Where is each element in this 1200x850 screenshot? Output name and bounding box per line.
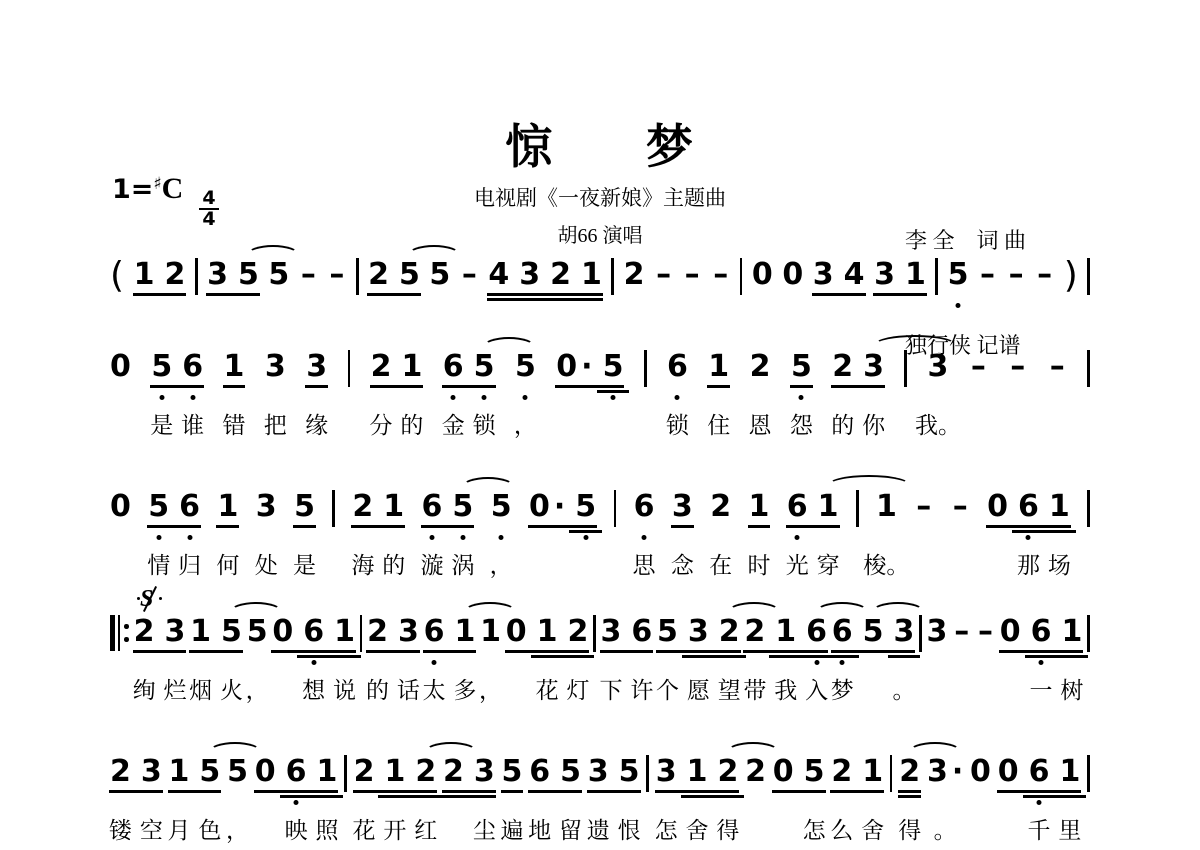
- note: 5，: [491, 492, 512, 524]
- note: 1何: [217, 492, 238, 524]
- lyric: 月: [167, 812, 190, 845]
- note: 6锁: [667, 352, 688, 384]
- barline: [644, 350, 647, 387]
- note-number: 1: [708, 349, 729, 384]
- note: 3怎: [656, 757, 677, 789]
- lyric: 锁: [473, 407, 496, 440]
- note: 3念: [672, 492, 693, 524]
- lyric: 处: [255, 547, 278, 580]
- lyric: 空: [140, 812, 163, 845]
- note-number: 2: [352, 489, 373, 524]
- note: 5，: [227, 757, 248, 789]
- duration-dash: –: [654, 260, 673, 292]
- note: 2: [624, 260, 645, 292]
- note-number: 0: [987, 489, 1008, 524]
- note-number: 3: [398, 614, 419, 649]
- note: 3我。: [928, 352, 949, 384]
- note-group: 6梦53。: [832, 617, 915, 649]
- note: 4: [488, 260, 509, 292]
- note: 3烂: [165, 617, 186, 649]
- sixteenth-underline: [826, 655, 859, 658]
- lyric: 树: [1060, 672, 1083, 705]
- barline: [1087, 258, 1090, 295]
- beam-underline: [367, 293, 421, 296]
- sixteenth-underline: [297, 655, 330, 658]
- note-number: 6: [286, 754, 307, 789]
- note: 5: [948, 260, 969, 292]
- note-number: 1: [581, 257, 602, 292]
- note-number: 1: [224, 349, 245, 384]
- lyric: 念: [671, 547, 694, 580]
- note-group: 2的3你: [832, 352, 884, 384]
- lyric: 镂: [109, 812, 132, 845]
- note-number: 5: [268, 257, 289, 292]
- note-number: 2: [744, 614, 765, 649]
- note: 1烟: [190, 617, 211, 649]
- sixteenth-underline: [711, 795, 744, 798]
- sixteenth-underline: [1055, 655, 1088, 658]
- note-number: 1: [317, 754, 338, 789]
- note-group: 0·5: [529, 492, 596, 524]
- note: 3你: [863, 352, 884, 384]
- lyric: 怨: [790, 407, 813, 440]
- note-number: 3: [519, 257, 540, 292]
- note-group: 1梭。: [876, 492, 897, 524]
- sixteenth-underline: [1023, 795, 1056, 798]
- beam-underline: [831, 650, 916, 653]
- beam-underline: [748, 525, 771, 528]
- note-number: 1: [454, 614, 475, 649]
- note-group: –: [978, 260, 997, 292]
- note-number: 0: [272, 614, 293, 649]
- note-number: 2: [368, 257, 389, 292]
- note-group: 6地5留: [529, 757, 581, 789]
- note-number: 1: [384, 754, 405, 789]
- note-number: 5: [227, 754, 248, 789]
- low-octave-dot: [583, 535, 588, 540]
- note-number: 3: [813, 257, 834, 292]
- rest: 0: [255, 757, 276, 789]
- note-number: 1: [749, 489, 770, 524]
- note-number: 1: [480, 614, 501, 649]
- note-number: 5: [619, 754, 640, 789]
- note-number: 2: [443, 754, 464, 789]
- note: 3把: [265, 352, 286, 384]
- beam-underline: [293, 525, 316, 528]
- note-group: –: [1048, 352, 1067, 384]
- barline: [1087, 490, 1090, 527]
- lyric: 舍: [861, 812, 884, 845]
- note: 2恩: [750, 352, 771, 384]
- lyric: 金: [442, 407, 465, 440]
- note: 6千: [1029, 757, 1050, 789]
- note: 2得: [717, 757, 738, 789]
- note: 1舍: [862, 757, 883, 789]
- augmentation-dot: ·: [952, 754, 963, 789]
- note-group: 0: [970, 757, 991, 789]
- note: 2的: [367, 617, 388, 649]
- note: 5，: [247, 617, 268, 649]
- note: 3愿: [688, 617, 709, 649]
- note-group: 35: [207, 260, 259, 292]
- duration-dash: –: [711, 260, 730, 292]
- note: 1的: [383, 492, 404, 524]
- note: 6地: [529, 757, 550, 789]
- note-group: 3把: [265, 352, 286, 384]
- beam-underline: [830, 790, 884, 793]
- lyric: 得: [898, 812, 921, 845]
- barline: [611, 258, 614, 295]
- low-octave-dot: [840, 660, 845, 665]
- note-number: 6: [667, 349, 688, 384]
- duration-dash: –: [683, 260, 702, 292]
- note-number: 6: [634, 489, 655, 524]
- note-number: 5: [199, 754, 220, 789]
- slur-arc: [827, 475, 911, 496]
- low-octave-dot: [482, 395, 487, 400]
- note: 1月: [169, 757, 190, 789]
- beam-underline: [206, 293, 260, 296]
- lyric: ，: [479, 672, 502, 705]
- note-number: 5: [515, 349, 536, 384]
- lyric: 在: [709, 547, 732, 580]
- note: 1时: [749, 492, 770, 524]
- note-number: 2: [354, 754, 375, 789]
- note-group: 2带1我6入: [744, 617, 827, 649]
- sixteenth-underline: [280, 795, 313, 798]
- beam-underline: [133, 650, 187, 653]
- lyric: 谁: [181, 407, 204, 440]
- note-group: 2绚3烂: [134, 617, 186, 649]
- lyric: 恩: [749, 407, 772, 440]
- note: 3·。: [927, 757, 963, 789]
- note: 1里: [1059, 757, 1080, 789]
- barline: [344, 755, 347, 792]
- note-group: 31: [874, 260, 926, 292]
- note: 5: [429, 260, 450, 292]
- lyric: 开: [383, 812, 406, 845]
- sixteenth-underline: [409, 795, 442, 798]
- beam-underline: [254, 790, 339, 793]
- note: 5怎: [804, 757, 825, 789]
- note-group: 2的3话: [367, 617, 419, 649]
- note-number: 6: [182, 349, 203, 384]
- beam-underline: [442, 385, 496, 388]
- note-number: 5: [429, 257, 450, 292]
- lyric: 场: [1048, 547, 1071, 580]
- note-group: 3缘: [306, 352, 327, 384]
- lyric: 梦: [831, 672, 854, 705]
- repeat-start-barline: [110, 615, 129, 651]
- parenthesis: ): [1064, 260, 1078, 292]
- note-number: 1: [190, 614, 211, 649]
- note: 5，: [515, 352, 536, 384]
- note-number: 3: [863, 349, 884, 384]
- note-group: 3念: [672, 492, 693, 524]
- note: 2镂: [110, 757, 131, 789]
- note: 1场: [1049, 492, 1070, 524]
- lyric: 是: [293, 547, 316, 580]
- barline: [740, 258, 743, 295]
- barline: [356, 258, 359, 295]
- beam-underline: [656, 650, 741, 653]
- note-number: 3: [601, 614, 622, 649]
- note: 2在: [710, 492, 731, 524]
- note-number: –: [685, 257, 700, 292]
- note-group: 5，: [227, 757, 248, 789]
- segno-icon: S: [140, 587, 162, 613]
- note: 2: [164, 260, 185, 292]
- beam-underline: [790, 385, 813, 388]
- barline: [1087, 350, 1090, 387]
- note-group: 0·5: [556, 352, 623, 384]
- lyric: 我: [774, 672, 797, 705]
- lyric: 烟: [189, 672, 212, 705]
- note: 1: [581, 260, 602, 292]
- note-group: 5是6谁: [151, 352, 203, 384]
- duration-dash: –: [460, 260, 479, 292]
- low-octave-dot: [675, 395, 680, 400]
- note: 3空: [141, 757, 162, 789]
- note: 2红: [415, 757, 436, 789]
- repeat-dots: [124, 624, 129, 641]
- note: 6许: [631, 617, 652, 649]
- beam-underline: [442, 790, 496, 793]
- rest: 0·: [529, 492, 565, 524]
- low-octave-dot: [187, 535, 192, 540]
- lyric: 地: [528, 812, 551, 845]
- note-group: 5，: [515, 352, 536, 384]
- duration-dash: –: [1007, 260, 1026, 292]
- note: 2: [550, 260, 571, 292]
- lyric: 烂: [163, 672, 186, 705]
- note-number: 6: [631, 614, 652, 649]
- note-group: 2花1开2红: [354, 757, 437, 789]
- note-number: 3: [165, 614, 186, 649]
- note: 3缘: [306, 352, 327, 384]
- duration-dash: –: [951, 492, 970, 524]
- note-group: –: [299, 260, 318, 292]
- note-number: 3: [306, 349, 327, 384]
- lyric: 愿: [687, 672, 710, 705]
- note: 5个: [657, 617, 678, 649]
- beam-underline: [216, 525, 239, 528]
- note-number: 0: [970, 754, 991, 789]
- note-group: 5情6归: [148, 492, 200, 524]
- beam-underline: [772, 790, 826, 793]
- note-group: 1何: [217, 492, 238, 524]
- note-number: 6: [806, 614, 827, 649]
- lyric: 下: [599, 672, 622, 705]
- rest: 0: [272, 617, 293, 649]
- low-octave-dot: [432, 660, 437, 665]
- duration-dash: –: [914, 492, 933, 524]
- rest: 0: [773, 757, 794, 789]
- note-number: 3: [265, 349, 286, 384]
- repeat-thin-bar: [118, 615, 120, 651]
- rest: 0: [506, 617, 527, 649]
- lyric: ，: [490, 547, 513, 580]
- lyric: 的: [400, 407, 423, 440]
- note-number: 5: [791, 349, 812, 384]
- note: 1住: [708, 352, 729, 384]
- note: 2带: [744, 617, 765, 649]
- lyric: 尘: [473, 812, 496, 845]
- note-number: 1: [217, 489, 238, 524]
- note: 1: [134, 260, 155, 292]
- note: 6归: [179, 492, 200, 524]
- duration-dash: –: [952, 617, 971, 649]
- note: 1说: [334, 617, 355, 649]
- beam-underline: [743, 650, 828, 653]
- lyric: 映: [285, 812, 308, 845]
- low-octave-dot: [294, 800, 299, 805]
- sixteenth-underline: [328, 655, 361, 658]
- note-group: 2镂3空: [110, 757, 162, 789]
- note-number: 5: [151, 349, 172, 384]
- note-number: 2: [134, 614, 155, 649]
- lyric: 住: [707, 407, 730, 440]
- lyric: 情: [147, 547, 170, 580]
- repeat-dot: [124, 637, 129, 642]
- note-number: 2: [110, 754, 131, 789]
- lyric: 照: [315, 812, 338, 845]
- rest: 0·: [556, 352, 592, 384]
- note-group: –: [327, 260, 346, 292]
- note-group: 3·。: [927, 757, 963, 789]
- note-group: 5: [948, 260, 969, 292]
- note-number: –: [301, 257, 316, 292]
- note: 2花: [354, 757, 375, 789]
- barline: [890, 755, 893, 792]
- low-octave-dot: [814, 660, 819, 665]
- low-octave-dot: [611, 395, 616, 400]
- note: 1，: [480, 617, 501, 649]
- barline: [1087, 615, 1090, 652]
- note-number: 6: [832, 614, 853, 649]
- note: 6想: [303, 617, 324, 649]
- note-number: 3: [894, 614, 915, 649]
- lyric: 的: [382, 547, 405, 580]
- note-group: 2得: [899, 757, 920, 789]
- sixteenth-underline: [378, 795, 411, 798]
- note: 3: [207, 260, 228, 292]
- lyric: 把: [264, 407, 287, 440]
- duration-dash: –: [976, 617, 995, 649]
- note: 5是: [294, 492, 315, 524]
- beam-underline: [999, 650, 1084, 653]
- note-number: 1: [1061, 614, 1082, 649]
- repeat-thick-bar: [110, 615, 115, 651]
- beam-underline: [555, 385, 624, 388]
- sixteenth-underline: [569, 530, 602, 533]
- note-group: 0: [110, 492, 131, 524]
- note: 5: [863, 617, 884, 649]
- note-group: 1月5色: [169, 757, 221, 789]
- note-group: 5: [268, 260, 289, 292]
- note: 6那: [1018, 492, 1039, 524]
- beam-underline: [528, 525, 597, 528]
- note-group: 06一1树: [1000, 617, 1083, 649]
- note: 5火: [221, 617, 242, 649]
- lyric: 归: [178, 547, 201, 580]
- beam-underline: [133, 293, 187, 296]
- note-group: 5怨: [791, 352, 812, 384]
- note-group: 3遗5恨: [588, 757, 640, 789]
- low-octave-dot: [799, 395, 804, 400]
- note-number: 5: [238, 257, 259, 292]
- note-number: 2: [745, 754, 766, 789]
- lyric: 想: [302, 672, 325, 705]
- low-octave-dot: [159, 395, 164, 400]
- note-group: –: [654, 260, 673, 292]
- lyric: 里: [1058, 812, 1081, 845]
- note-number: 3: [207, 257, 228, 292]
- beam-underline: [366, 650, 420, 653]
- note: 6一: [1031, 617, 1052, 649]
- note-number: 2: [899, 754, 920, 789]
- note-number: –: [978, 614, 993, 649]
- note-number: 2: [717, 754, 738, 789]
- note-group: 2: [624, 260, 645, 292]
- note-number: 3: [588, 754, 609, 789]
- note-number: –: [971, 349, 986, 384]
- note: 1穿: [818, 492, 839, 524]
- note-number: 1: [1049, 489, 1070, 524]
- note-group: 01花2灯: [506, 617, 589, 649]
- note-number: 2: [367, 614, 388, 649]
- note: 2分: [371, 352, 392, 384]
- note-group: 06那1场: [987, 492, 1070, 524]
- beam-underline: [487, 298, 603, 301]
- lyric: 错: [222, 407, 245, 440]
- beam-underline: [271, 650, 356, 653]
- note-group: 2分1的: [371, 352, 423, 384]
- score-line: 05是6谁1错3把3缘2分1的6金5锁5，0·56锁1住2恩5怨2的3你3我。–…: [110, 352, 1090, 387]
- low-octave-dot: [156, 535, 161, 540]
- beam-underline: [370, 385, 424, 388]
- note: 1错: [224, 352, 245, 384]
- lyric: ，: [514, 407, 537, 440]
- note-number: 5: [657, 614, 678, 649]
- beam-underline: [786, 525, 840, 528]
- rest: 0: [998, 757, 1019, 789]
- beam-underline: [147, 525, 201, 528]
- note-number: 5: [399, 257, 420, 292]
- lyric: 的: [366, 672, 389, 705]
- note-number: 0: [255, 754, 276, 789]
- note-number: 1: [1059, 754, 1080, 789]
- note-number: 2: [832, 349, 853, 384]
- note-number: 1: [334, 614, 355, 649]
- beam-underline: [505, 650, 590, 653]
- note-group: 5，: [247, 617, 268, 649]
- low-octave-dot: [190, 395, 195, 400]
- lyric: 多: [453, 672, 476, 705]
- augmentation-dot: ·: [581, 349, 592, 384]
- beam-underline: [655, 790, 740, 793]
- beam-underline: [671, 525, 694, 528]
- rest: 0: [110, 352, 131, 384]
- note-group: 1住: [708, 352, 729, 384]
- duration-dash: –: [969, 352, 988, 384]
- note-group: 5，: [491, 492, 512, 524]
- low-octave-dot: [956, 303, 961, 308]
- note-number: –: [954, 614, 969, 649]
- note-number: –: [656, 257, 671, 292]
- note-number: 3: [672, 489, 693, 524]
- barline: [646, 755, 649, 792]
